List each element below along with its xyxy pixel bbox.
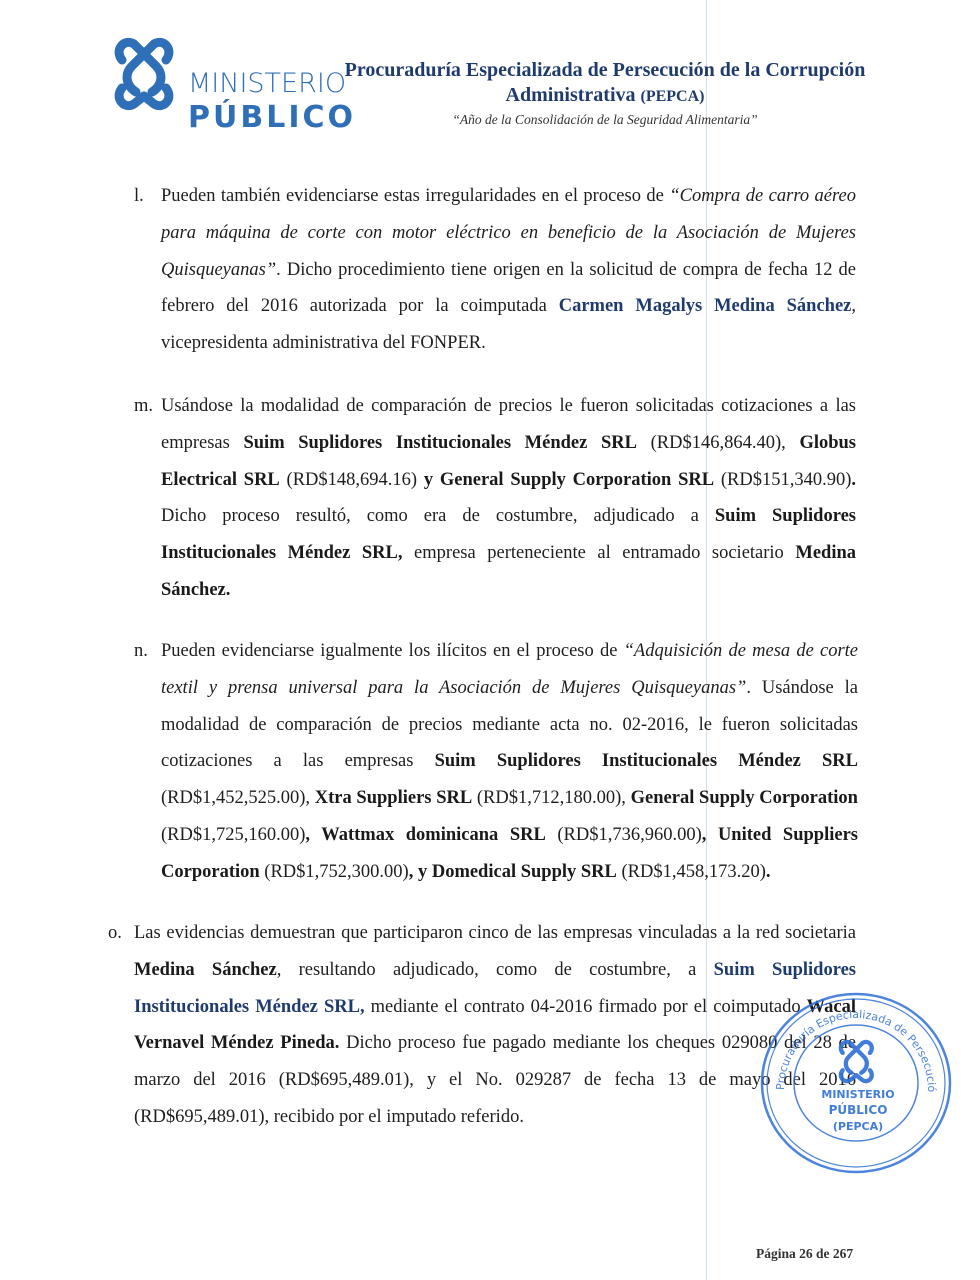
ministerio-publico-logo-icon — [108, 36, 180, 112]
paragraph-n: n. Pueden evidenciarse igualmente los il… — [161, 633, 858, 891]
plain-text: empresa perteneciente al entramado socie… — [403, 543, 796, 563]
plain-text: (RD$1,736,960.00) — [546, 825, 702, 845]
list-marker: m. — [134, 388, 153, 425]
list-marker: o. — [108, 915, 122, 952]
office-acronym: (PEPCA) — [641, 88, 705, 105]
bold-text: Suim Suplidores Institucionales Méndez S… — [243, 433, 637, 453]
plain-text: (RD$151,340.90) — [714, 470, 851, 490]
plain-text: Dicho proceso resultó, como era de costu… — [161, 506, 715, 526]
paragraph-text: Las evidencias demuestran que participar… — [134, 923, 856, 1127]
office-title-line-2: Administrativa — [506, 84, 641, 106]
plain-text: , resultando adjudicado, como de costumb… — [277, 960, 714, 980]
bold-text: Xtra Suppliers SRL — [315, 788, 472, 808]
stamp-line-2: PÚBLICO — [829, 1102, 888, 1117]
year-motto: “Año de la Consolidación de la Seguridad… — [340, 112, 870, 128]
list-marker: n. — [134, 633, 148, 670]
paragraph-text: Pueden evidenciarse igualmente los ilíci… — [161, 641, 858, 882]
page-number: Página 26 de 267 — [756, 1246, 853, 1262]
plain-text: (RD$1,752,300.00) — [260, 862, 409, 882]
plain-text: Pueden también evidenciarse estas irregu… — [161, 186, 669, 206]
bold-text: y General Supply Corporation SRL — [424, 470, 714, 490]
plain-text: (RD$148,694.16) — [280, 470, 424, 490]
bold-text: , Wattmax dominicana SRL — [305, 825, 545, 845]
plain-text: Pueden evidenciarse igualmente los ilíci… — [161, 641, 624, 661]
plain-text: mediante el contrato 04-2016 firmado por… — [365, 997, 807, 1017]
bold-text: , y Domedical Supply SRL — [409, 862, 617, 882]
official-seal-stamp-icon: Procuraduría Especializada de Persecució… — [758, 990, 954, 1176]
plain-text: (RD$1,452,525.00), — [161, 788, 315, 808]
stamp-line-3: (PEPCA) — [833, 1120, 883, 1133]
office-title-line-1: Procuraduría Especializada de Persecució… — [345, 59, 866, 81]
paragraph-text: Usándose la modalidad de comparación de … — [161, 396, 856, 600]
plain-text: Las evidencias demuestran que participar… — [134, 923, 856, 943]
bold-text: General Supply Corporation — [631, 788, 858, 808]
paragraph-m: m. Usándose la modalidad de comparación … — [161, 388, 856, 609]
stamp-line-1: MINISTERIO — [821, 1088, 894, 1101]
paragraph-l: l. Pueden también evidenciarse estas irr… — [161, 178, 856, 362]
logo-wordmark: MINISTERIO PÚBLICO — [188, 70, 356, 133]
logo-line-1: MINISTERIO — [188, 70, 356, 97]
logo-line-2: PÚBLICO — [188, 103, 356, 133]
plain-text: (RD$1,458,173.20) — [617, 862, 766, 882]
highlighted-name: Carmen Magalys Medina Sánchez — [559, 296, 852, 316]
list-marker: l. — [134, 178, 144, 215]
plain-text: (RD$146,864.40), — [637, 433, 799, 453]
document-header: Procuraduría Especializada de Persecució… — [340, 58, 870, 128]
paragraph-text: Pueden también evidenciarse estas irregu… — [161, 186, 856, 353]
bold-text: Suim Suplidores Institucionales Méndez S… — [435, 751, 858, 771]
office-title: Procuraduría Especializada de Persecució… — [340, 58, 870, 109]
bold-text: Medina Sánchez — [134, 960, 277, 980]
paragraph-o: o. Las evidencias demuestran que partici… — [134, 915, 856, 1136]
bold-text: . — [851, 470, 856, 490]
document-page: MINISTERIO PÚBLICO Procuraduría Especial… — [0, 0, 980, 1280]
plain-text: (RD$1,712,180.00), — [472, 788, 630, 808]
bold-text: . — [766, 862, 771, 882]
plain-text: (RD$1,725,160.00) — [161, 825, 305, 845]
